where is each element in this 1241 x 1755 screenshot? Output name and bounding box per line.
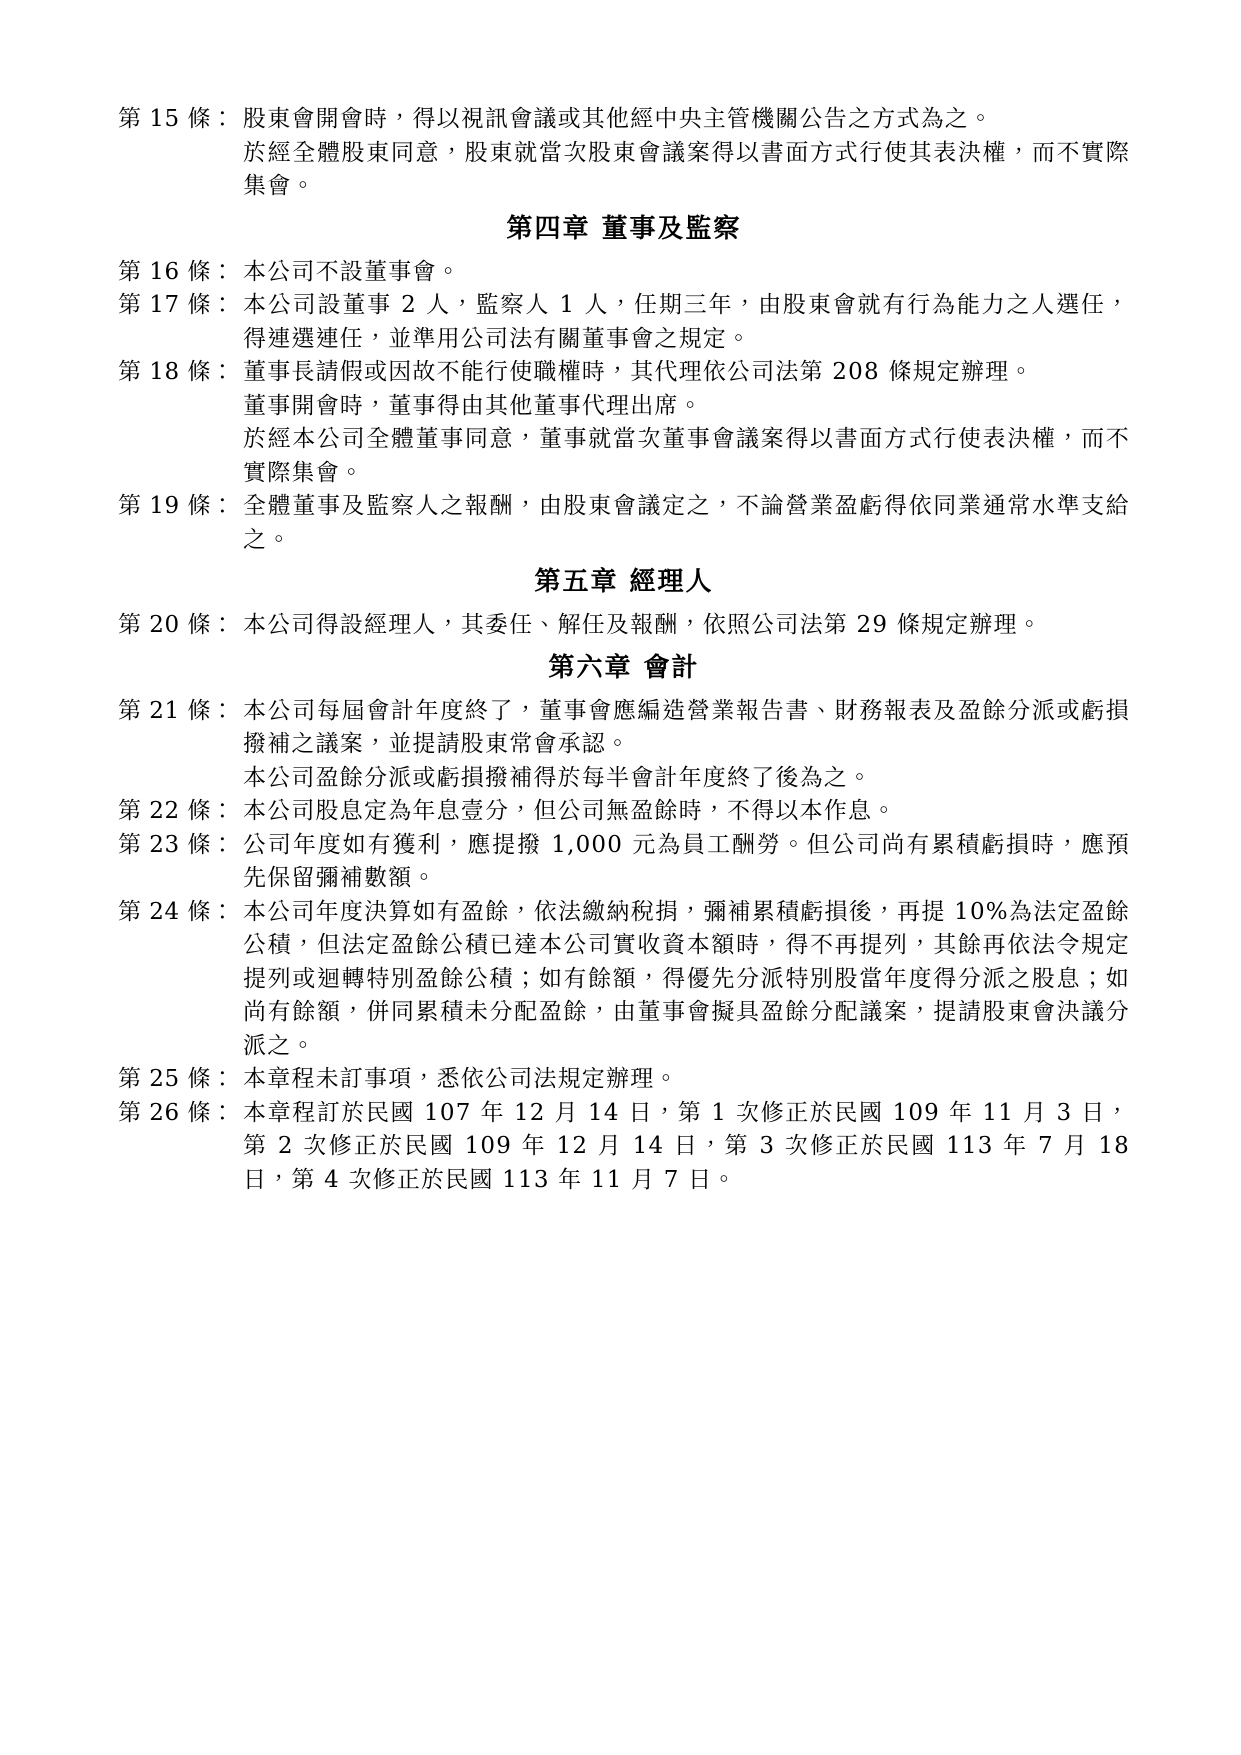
article-paragraph: 本公司得設經理人，其委任、解任及報酬，依照公司法第 29 條規定辦理。	[243, 609, 1130, 643]
article-row-15: 第 15 條：股東會開會時，得以視訊會議或其他經中央主管機關公告之方式為之。於經…	[118, 103, 1130, 204]
article-content: 本章程訂於民國 107 年 12 月 14 日，第 1 次修正於民國 109 年…	[243, 1097, 1130, 1198]
article-number-label: 第 23 條：	[118, 829, 243, 863]
chapter-heading: 第五章 經理人	[118, 563, 1130, 601]
article-paragraph: 於經本公司全體董事同意，董事就當次董事會議案得以書面方式行使表決權，而不實際集會…	[243, 423, 1130, 490]
article-number-label: 第 22 條：	[118, 795, 243, 829]
article-number-label: 第 17 條：	[118, 289, 243, 323]
article-content: 股東會開會時，得以視訊會議或其他經中央主管機關公告之方式為之。於經全體股東同意，…	[243, 103, 1130, 204]
article-paragraph: 全體董事及監察人之報酬，由股東會議定之，不論營業盈虧得依同業通常水準支給之。	[243, 490, 1130, 557]
article-content: 本公司設董事 2 人，監察人 1 人，任期三年，由股東會就有行為能力之人選任，得…	[243, 289, 1130, 356]
article-paragraph: 於經全體股東同意，股東就當次股東會議案得以書面方式行使其表決權，而不實際集會。	[243, 137, 1130, 204]
article-row-25: 第 25 條：本章程未訂事項，悉依公司法規定辦理。	[118, 1063, 1130, 1097]
article-number-label: 第 19 條：	[118, 490, 243, 524]
article-content: 本公司股息定為年息壹分，但公司無盈餘時，不得以本作息。	[243, 795, 1130, 829]
article-content: 本公司年度決算如有盈餘，依法繳納稅捐，彌補累積虧損後，再提 10%為法定盈餘公積…	[243, 896, 1130, 1064]
article-paragraph: 本公司不設董事會。	[243, 256, 1130, 290]
article-paragraph: 董事長請假或因故不能行使職權時，其代理依公司法第 208 條規定辦理。	[243, 356, 1130, 390]
article-number-label: 第 21 條：	[118, 695, 243, 729]
article-paragraph: 本公司設董事 2 人，監察人 1 人，任期三年，由股東會就有行為能力之人選任，得…	[243, 289, 1130, 356]
article-row-16: 第 16 條：本公司不設董事會。	[118, 256, 1130, 290]
article-number-label: 第 20 條：	[118, 609, 243, 643]
article-content: 公司年度如有獲利，應提撥 1,000 元為員工酬勞。但公司尚有累積虧損時，應預先…	[243, 829, 1130, 896]
article-paragraph: 股東會開會時，得以視訊會議或其他經中央主管機關公告之方式為之。	[243, 103, 1130, 137]
article-number-label: 第 18 條：	[118, 356, 243, 390]
article-paragraph: 本公司股息定為年息壹分，但公司無盈餘時，不得以本作息。	[243, 795, 1130, 829]
article-content: 全體董事及監察人之報酬，由股東會議定之，不論營業盈虧得依同業通常水準支給之。	[243, 490, 1130, 557]
article-row-26: 第 26 條：本章程訂於民國 107 年 12 月 14 日，第 1 次修正於民…	[118, 1097, 1130, 1198]
article-content: 本公司每屆會計年度終了，董事會應編造營業報告書、財務報表及盈餘分派或虧損撥補之議…	[243, 695, 1130, 796]
article-content: 董事長請假或因故不能行使職權時，其代理依公司法第 208 條規定辦理。董事開會時…	[243, 356, 1130, 490]
article-paragraph: 本章程訂於民國 107 年 12 月 14 日，第 1 次修正於民國 109 年…	[243, 1097, 1130, 1198]
article-paragraph: 董事開會時，董事得由其他董事代理出席。	[243, 390, 1130, 424]
article-row-18: 第 18 條：董事長請假或因故不能行使職權時，其代理依公司法第 208 條規定辦…	[118, 356, 1130, 490]
article-number-label: 第 16 條：	[118, 256, 243, 290]
article-row-24: 第 24 條：本公司年度決算如有盈餘，依法繳納稅捐，彌補累積虧損後，再提 10%…	[118, 896, 1130, 1064]
article-paragraph: 本公司每屆會計年度終了，董事會應編造營業報告書、財務報表及盈餘分派或虧損撥補之議…	[243, 695, 1130, 762]
article-row-17: 第 17 條：本公司設董事 2 人，監察人 1 人，任期三年，由股東會就有行為能…	[118, 289, 1130, 356]
article-content: 本章程未訂事項，悉依公司法規定辦理。	[243, 1063, 1130, 1097]
article-row-20: 第 20 條：本公司得設經理人，其委任、解任及報酬，依照公司法第 29 條規定辦…	[118, 609, 1130, 643]
article-number-label: 第 24 條：	[118, 896, 243, 930]
article-paragraph: 公司年度如有獲利，應提撥 1,000 元為員工酬勞。但公司尚有累積虧損時，應預先…	[243, 829, 1130, 896]
article-row-19: 第 19 條：全體董事及監察人之報酬，由股東會議定之，不論營業盈虧得依同業通常水…	[118, 490, 1130, 557]
article-number-label: 第 25 條：	[118, 1063, 243, 1097]
chapter-heading: 第六章 會計	[118, 649, 1130, 687]
article-content: 本公司得設經理人，其委任、解任及報酬，依照公司法第 29 條規定辦理。	[243, 609, 1130, 643]
article-row-22: 第 22 條：本公司股息定為年息壹分，但公司無盈餘時，不得以本作息。	[118, 795, 1130, 829]
article-number-label: 第 26 條：	[118, 1097, 243, 1131]
article-paragraph: 本公司盈餘分派或虧損撥補得於每半會計年度終了後為之。	[243, 762, 1130, 796]
article-row-21: 第 21 條：本公司每屆會計年度終了，董事會應編造營業報告書、財務報表及盈餘分派…	[118, 695, 1130, 796]
article-row-23: 第 23 條：公司年度如有獲利，應提撥 1,000 元為員工酬勞。但公司尚有累積…	[118, 829, 1130, 896]
document-body: 第 15 條：股東會開會時，得以視訊會議或其他經中央主管機關公告之方式為之。於經…	[118, 103, 1130, 1197]
article-content: 本公司不設董事會。	[243, 256, 1130, 290]
chapter-heading: 第四章 董事及監察	[118, 210, 1130, 248]
document-page: 第 15 條：股東會開會時，得以視訊會議或其他經中央主管機關公告之方式為之。於經…	[0, 0, 1241, 1755]
article-number-label: 第 15 條：	[118, 103, 243, 137]
article-paragraph: 本公司年度決算如有盈餘，依法繳納稅捐，彌補累積虧損後，再提 10%為法定盈餘公積…	[243, 896, 1130, 1064]
article-paragraph: 本章程未訂事項，悉依公司法規定辦理。	[243, 1063, 1130, 1097]
